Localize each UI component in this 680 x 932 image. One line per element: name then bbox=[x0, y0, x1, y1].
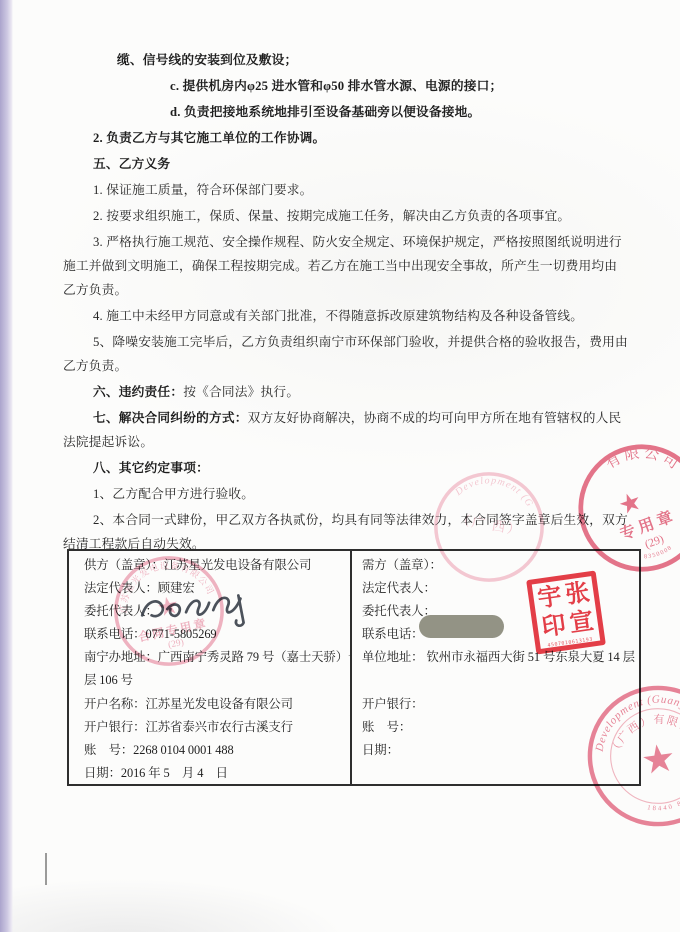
supplier-table-row: 供方（盖章）：江苏星光发电设备有限公司 bbox=[84, 554, 344, 577]
contract-paragraph: d. 负责把接地系统地排引至设备基础旁以便设备接地。 bbox=[63, 100, 629, 124]
name-seal-char: 宣 bbox=[568, 609, 595, 636]
paragraph-lead: 八、其它约定事项： bbox=[93, 461, 209, 475]
contract-paragraph: 2. 按要求组织施工，保质、保量、按期完成施工任务，解决由乙方负责的各项事宜。 bbox=[63, 204, 629, 228]
contract-paragraph: 五、乙方义务 bbox=[63, 152, 629, 176]
supplier-table-row: 开户名称：江苏星光发电设备有限公司 bbox=[84, 693, 344, 716]
name-seal-char: 宇 bbox=[536, 584, 563, 611]
supplier-table-row: 开户银行：江苏省泰兴市农行古溪支行 bbox=[84, 716, 344, 739]
buyer-table-row: 日期： bbox=[362, 739, 633, 762]
supplier-table-row: 日期：2016 年 5 月 4 日 bbox=[84, 762, 344, 784]
star-icon: ★ bbox=[639, 737, 679, 783]
contract-paragraph: 七、解决合同纠纷的方式：双方友好协商解决，协商不成的均可向甲方所在地有管辖权的人… bbox=[63, 406, 629, 454]
buyer-table-row bbox=[362, 669, 633, 692]
contract-paragraph: 3. 严格执行施工规范、安全操作规程、防火安全规定、环境保护规定，严格按照图纸说… bbox=[63, 230, 629, 302]
contract-paragraph: 1、乙方配合甲方进行验收。 bbox=[63, 482, 629, 506]
contract-paragraph: 4. 施工中未经甲方同意或有关部门批准，不得随意拆改原建筑物结构及各种设备管线。 bbox=[63, 304, 629, 328]
personal-name-seal: 宇张印宣 4507010613193 bbox=[526, 570, 606, 654]
contract-paragraph: 六、违约责任：按《合同法》执行。 bbox=[63, 380, 629, 404]
buyer-table-row: 开户银行： bbox=[362, 693, 633, 716]
name-seal-char: 印 bbox=[540, 613, 567, 640]
handwritten-signature bbox=[138, 586, 253, 630]
contract-paragraph: c. 提供机房内φ25 进水管和φ50 排水管水源、电源的接口； bbox=[63, 74, 629, 98]
seal-line2: (29) bbox=[643, 532, 666, 551]
contract-paragraph: 2. 负责乙方与其它施工单位的工作协调。 bbox=[63, 126, 629, 150]
scan-artifact-line bbox=[45, 853, 47, 885]
buyer-table-row: 账 号： bbox=[362, 716, 633, 739]
supplier-table-row: 南宁办地址：广西南宁秀灵路 79 号（嘉士天骄）一 bbox=[84, 646, 344, 669]
paragraph-lead: 六、违约责任： bbox=[93, 385, 183, 399]
supplier-table-row: 账 号：2268 0104 0001 488 bbox=[84, 739, 344, 762]
seal-digits: 8350008 bbox=[642, 544, 674, 563]
supplier-table-row: 层 106 号 bbox=[84, 669, 344, 692]
svg-text:18440 8: 18440 8 bbox=[646, 799, 680, 814]
contract-paragraphs: 缆、信号线的安装到位及敷设；c. 提供机房内φ25 进水管和φ50 排水管水源、… bbox=[63, 48, 629, 558]
name-seal-char: 张 bbox=[564, 580, 591, 607]
contract-paragraph: 1. 保证施工质量，符合环保部门要求。 bbox=[63, 178, 629, 202]
paragraph-lead: 七、解决合同纠纷的方式： bbox=[93, 411, 248, 425]
contract-paragraph: 5、降噪安装施工完毕后，乙方负责组织南宁市环保部门验收，并提供合格的验收报告，费… bbox=[63, 330, 629, 378]
svg-text:8350008: 8350008 bbox=[642, 544, 674, 563]
scan-edge-strip bbox=[0, 0, 13, 932]
phone-redaction-blob bbox=[419, 615, 504, 638]
contract-paragraph: 八、其它约定事项： bbox=[63, 456, 629, 480]
seal-digits: 18440 8 bbox=[646, 799, 680, 814]
contract-paragraph: 缆、信号线的安装到位及敷设； bbox=[63, 48, 629, 72]
buyer-table-row: 单位地址： 钦州市永福西大街 51 号东泉大夏 14 层 bbox=[362, 646, 633, 669]
scanned-contract-page: 缆、信号线的安装到位及敷设；c. 提供机房内φ25 进水管和φ50 排水管水源、… bbox=[0, 0, 680, 932]
